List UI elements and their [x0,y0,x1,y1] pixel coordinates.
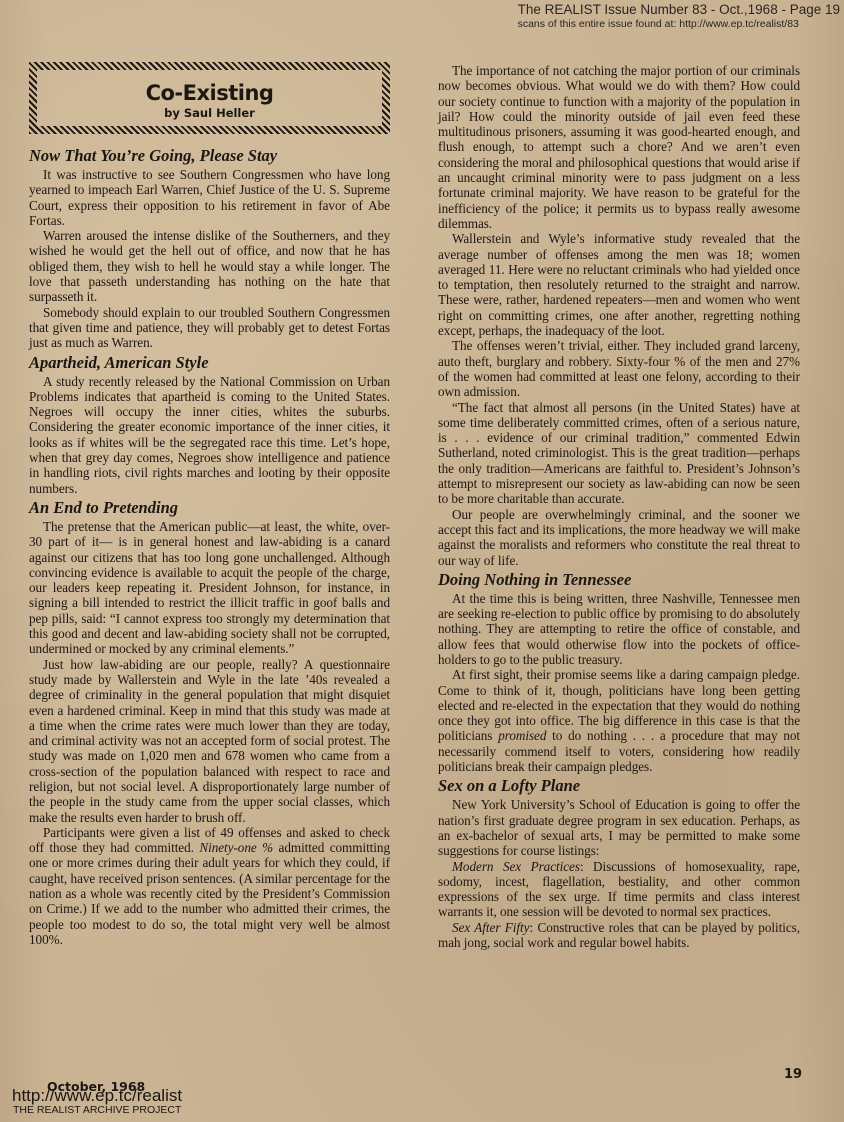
paragraph: New York University’s School of Educatio… [438,797,800,858]
paragraph: At the time this is being written, three… [438,591,800,667]
emphasis: Ninety-one % [199,840,273,855]
paragraph: It was instructive to see Southern Congr… [29,167,390,228]
paragraph: Modern Sex Practices: Discussions of hom… [438,859,800,920]
archive-project-label: THE REALIST ARCHIVE PROJECT [13,1104,181,1116]
emphasis: promised [498,728,546,743]
paragraph: Our people are overwhelmingly criminal, … [438,507,800,568]
section-heading: Apartheid, American Style [29,353,390,373]
archive-scans-line: scans of this entire issue found at: htt… [518,18,840,31]
paragraph: The pretense that the American public—at… [29,519,390,657]
emphasis: Sex After Fifty [452,920,529,935]
paragraph: Somebody should explain to our troubled … [29,305,390,351]
paragraph: Participants were given a list of 49 off… [29,825,390,947]
right-column: The importance of not catching the major… [438,63,800,950]
paragraph: The importance of not catching the major… [438,63,800,231]
paragraph: At first sight, their promise seems like… [438,667,800,774]
byline: by Saul Heller [29,106,390,120]
left-column: Co-Existing by Saul Heller Now That You’… [29,62,390,947]
section-heading: Doing Nothing in Tennessee [438,570,800,590]
title-box: Co-Existing by Saul Heller [29,62,390,134]
paragraph: Wallerstein and Wyle’s informative study… [438,231,800,338]
paragraph: A study recently released by the Nationa… [29,374,390,496]
text: admitted committing one or more crimes d… [29,840,390,947]
archive-url-link[interactable]: http://www.ep.tc/realist [12,1086,182,1106]
section-heading: An End to Pretending [29,498,390,518]
paragraph: The offenses weren’t trivial, either. Th… [438,338,800,399]
emphasis: Modern Sex Practices [452,859,580,874]
archive-issue-line: The REALIST Issue Number 83 - Oct.,1968 … [518,2,840,18]
article-title: Co-Existing [29,82,390,104]
paragraph: “The fact that almost all persons (in th… [438,400,800,507]
paragraph: Sex After Fifty: Constructive roles that… [438,920,800,951]
paragraph: Warren aroused the intense dislike of th… [29,228,390,304]
page-number: 19 [784,1067,802,1082]
paragraph: Just how law-abiding are our people, rea… [29,657,390,825]
section-heading: Sex on a Lofty Plane [438,776,800,796]
archive-header: The REALIST Issue Number 83 - Oct.,1968 … [518,2,840,31]
section-heading: Now That You’re Going, Please Stay [29,146,390,166]
